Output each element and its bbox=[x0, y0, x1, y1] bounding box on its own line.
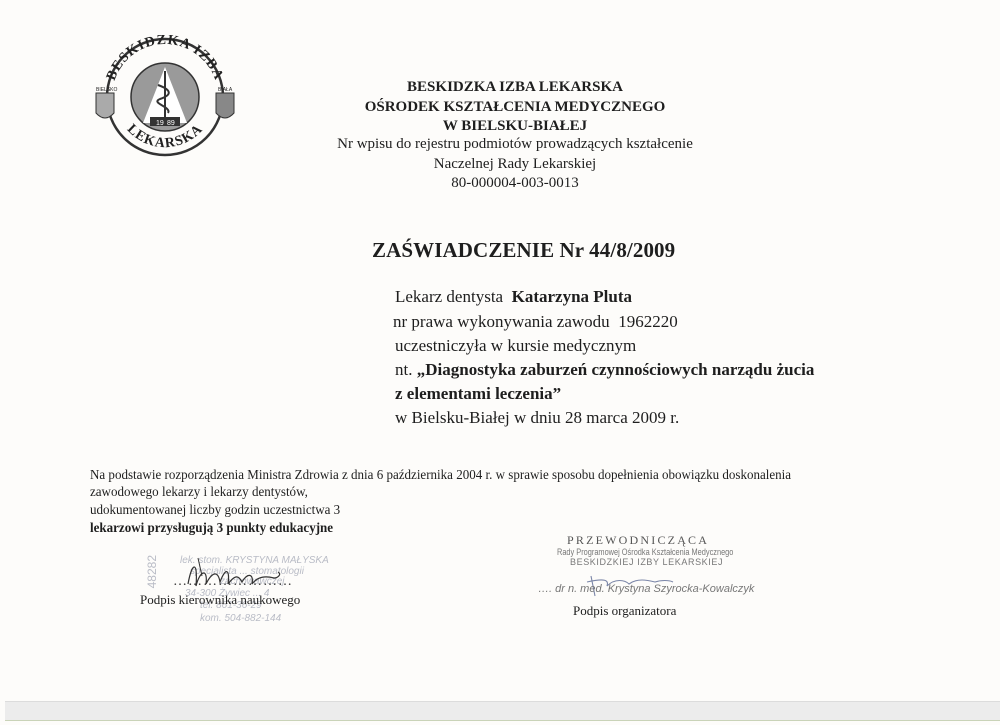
topic-prefix: nt. bbox=[395, 360, 412, 379]
center-name: OŚRODEK KSZTAŁCENIA MEDYCZNEGO bbox=[330, 99, 700, 116]
recipient-name: Katarzyna Pluta bbox=[512, 287, 632, 306]
profession: Lekarz dentysta bbox=[395, 287, 503, 306]
scientific-head-signature-label: Podpis kierownika naukowego bbox=[140, 592, 300, 608]
registry-council: Naczelnej Rady Lekarskiej bbox=[330, 156, 700, 173]
recipient-line: Lekarz dentysta Katarzyna Pluta bbox=[395, 287, 632, 307]
legal-basis-line-1: Na podstawie rozporządzenia Ministra Zdr… bbox=[90, 468, 791, 484]
chamber-name: BESKIDZKA IZBA LEKARSKA bbox=[330, 79, 700, 96]
svg-text:BIAŁA: BIAŁA bbox=[218, 87, 233, 93]
chairwoman-org: BESKIDZKIEJ IZBY LEKARSKIEJ bbox=[570, 557, 723, 567]
license-number: 1962220 bbox=[618, 312, 678, 331]
stamp-number: 48282 bbox=[145, 555, 159, 588]
svg-text:BIELSKO: BIELSKO bbox=[96, 87, 118, 93]
center-city: W BIELSKU-BIAŁEJ bbox=[330, 118, 700, 135]
svg-text:89: 89 bbox=[167, 120, 175, 127]
chairwoman-title: PRZEWODNICZĄCA bbox=[567, 533, 709, 548]
license-label: nr prawa wykonywania zawodu bbox=[393, 312, 610, 331]
course-topic: „Diagnostyka zaburzeń czynnościowych nar… bbox=[417, 360, 815, 379]
scan-edge bbox=[5, 701, 1000, 721]
topic-line-1: nt. „Diagnostyka zaburzeń czynnościowych… bbox=[395, 360, 814, 380]
organizer-signature-label: Podpis organizatora bbox=[573, 603, 676, 619]
legal-basis-line-2: zawodowego lekarzy i lekarzy dentystów, bbox=[90, 485, 308, 501]
organizer-name: …. dr n. med. Krystyna Szyrocka-Kowalczy… bbox=[538, 583, 754, 595]
topic-line-2: z elementami leczenia” bbox=[395, 384, 561, 404]
participation-line: uczestniczyła w kursie medycznym bbox=[395, 336, 636, 356]
certificate-title: ZAŚWIADCZENIE Nr 44/8/2009 bbox=[372, 238, 675, 263]
education-points: lekarzowi przysługują 3 punkty edukacyjn… bbox=[90, 521, 333, 537]
chairwoman-council: Rady Programowej Ośrodka Kształcenia Med… bbox=[557, 547, 733, 557]
license-line: nr prawa wykonywania zawodu 1962220 bbox=[393, 312, 678, 332]
stamp-line: kom. 504-882-144 bbox=[200, 613, 281, 624]
hours-documented: udokumentowanej liczby godzin uczestnict… bbox=[90, 503, 340, 519]
svg-text:19: 19 bbox=[156, 120, 164, 127]
registry-label: Nr wpisu do rejestru podmiotów prowadząc… bbox=[330, 136, 700, 153]
place-date: w Bielsku-Białej w dniu 28 marca 2009 r. bbox=[395, 408, 679, 428]
signature-dots: …………………… bbox=[173, 574, 293, 590]
registry-number: 80-000004-003-0013 bbox=[330, 175, 700, 192]
chamber-logo: 19 89 BESKIDZKA IZBA LEKARSKA BIELSKO BI… bbox=[90, 35, 240, 160]
